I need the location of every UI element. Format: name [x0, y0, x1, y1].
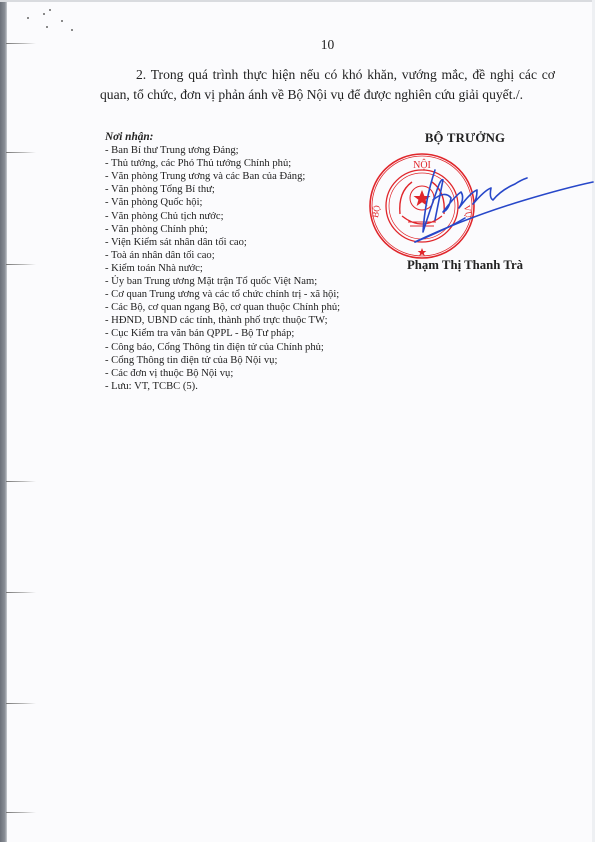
recipient-item: - Lưu: VT, TCBC (5).	[105, 380, 375, 393]
recipient-item: - Cơ quan Trung ương và các tổ chức chín…	[105, 288, 375, 301]
recipient-item: - Viện Kiểm sát nhân dân tối cao;	[105, 236, 375, 249]
scan-top-edge	[0, 0, 595, 2]
recipient-item: - Cổng Thông tin điện tử của Bộ Nội vụ;	[105, 354, 375, 367]
recipient-item: - Ủy ban Trung ương Mặt trận Tổ quốc Việ…	[105, 275, 375, 288]
body-paragraph-text: 2. Trong quá trình thực hiện nếu có khó …	[100, 67, 555, 102]
recipient-item: - Kiểm toán Nhà nước;	[105, 262, 375, 275]
signer-title: BỘ TRƯỞNG	[365, 131, 565, 146]
recipient-item: - Toà án nhân dân tối cao;	[105, 249, 375, 262]
recipient-item: - Công báo, Cổng Thông tin điện tử của C…	[105, 341, 375, 354]
recipient-item: - Văn phòng Trung ương và các Ban của Đả…	[105, 170, 375, 183]
page-number: 10	[0, 37, 595, 53]
recipient-item: - Văn phòng Quốc hội;	[105, 196, 375, 209]
recipient-item: - HĐND, UBND các tỉnh, thành phố trực th…	[105, 314, 375, 327]
recipient-item: - Văn phòng Chính phủ;	[105, 223, 375, 236]
recipients-list: Nơi nhận: - Ban Bí thư Trung ương Đảng; …	[105, 131, 375, 393]
recipients-label: Nơi nhận:	[105, 131, 375, 144]
recipient-item: - Các đơn vị thuộc Bộ Nội vụ;	[105, 367, 375, 380]
recipient-item: - Cục Kiểm tra văn bản QPPL - Bộ Tư pháp…	[105, 327, 375, 340]
recipient-item: - Ban Bí thư Trung ương Đảng;	[105, 144, 375, 157]
handwritten-signature-icon	[405, 160, 595, 250]
signer-name: Phạm Thị Thanh Trà	[365, 258, 565, 273]
recipient-item: - Văn phòng Chủ tịch nước;	[105, 210, 375, 223]
stamp-text-left: BỘ	[370, 204, 382, 219]
recipient-item: - Các Bộ, cơ quan ngang Bộ, cơ quan thuộ…	[105, 301, 375, 314]
recipient-item: - Thủ tướng, các Phó Thủ tướng Chính phủ…	[105, 157, 375, 170]
body-paragraph: 2. Trong quá trình thực hiện nếu có khó …	[100, 65, 555, 105]
recipient-item: - Văn phòng Tổng Bí thư;	[105, 183, 375, 196]
scan-left-edge	[0, 0, 7, 842]
